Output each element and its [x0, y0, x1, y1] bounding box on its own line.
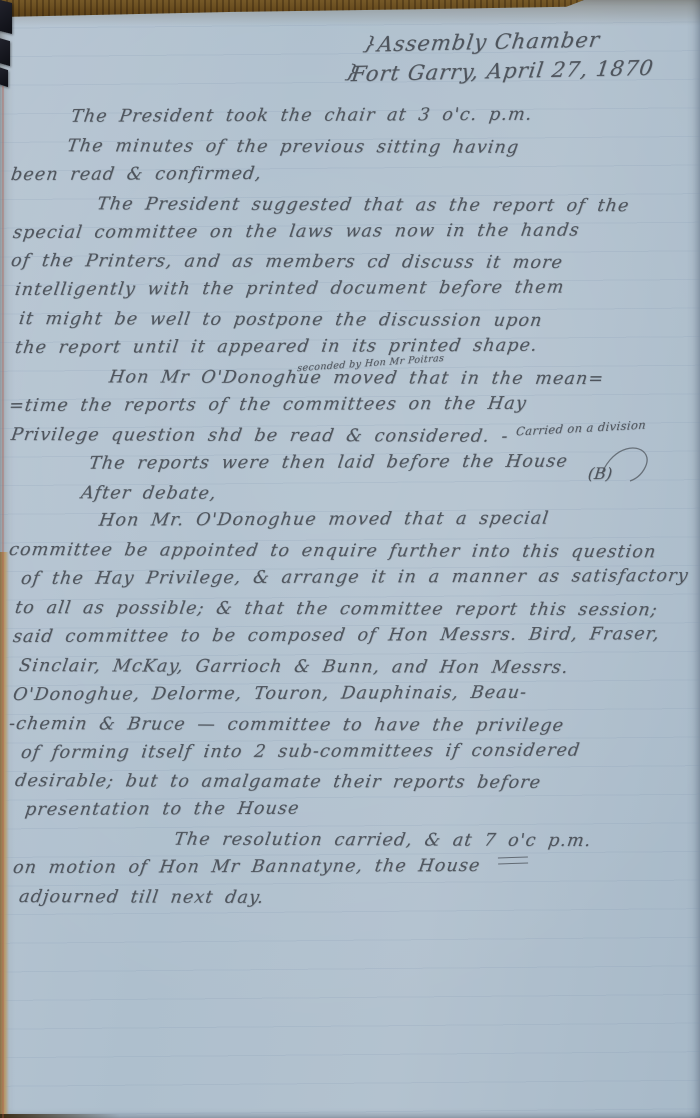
manuscript-line: said committee to be composed of Hon Mes… — [7, 620, 700, 652]
page-edge-bottom — [0, 1114, 120, 1118]
manuscript-line: O'Donoghue, Delorme, Touron, Dauphinais,… — [7, 678, 700, 710]
pm-double-underline — [498, 856, 528, 864]
binding-tab — [0, 0, 12, 34]
ledger-photo: } } Assembly Chamber Fort Garry, April 2… — [0, 0, 700, 1118]
manuscript-line: of the Hay Privilege, & arrange it in a … — [7, 562, 700, 594]
manuscript-line: =time the reports of the committees on t… — [7, 389, 700, 421]
margin-rule — [2, 86, 4, 1118]
heading-date: Fort Garry, April 27, 1870 — [350, 56, 656, 86]
manuscript-line: intelligently with the printed document … — [7, 273, 700, 305]
binding-tab — [0, 66, 8, 87]
manuscript-line: on motion of Hon Mr Bannatyne, the House — [7, 851, 700, 883]
flourish-mark — [600, 443, 656, 483]
heading-place: Assembly Chamber — [376, 28, 602, 57]
manuscript-body: The President took the chair at 3 o'c. p… — [7, 103, 700, 912]
manuscript-line: been read & confirmed, — [7, 158, 700, 190]
manuscript-line: adjourned till next day. — [7, 883, 700, 914]
manuscript-line: The President took the chair at 3 o'c. p… — [7, 100, 700, 132]
manuscript-line: of forming itself into 2 sub-committees … — [7, 736, 700, 768]
manuscript-line: Hon Mr. O'Donoghue moved that a special — [7, 504, 700, 536]
manuscript-line: special committee on the laws was now in… — [7, 216, 700, 248]
binding-tab — [0, 37, 10, 66]
binding-edge — [0, 0, 584, 17]
manuscript-line: presentation to the House — [7, 793, 700, 825]
